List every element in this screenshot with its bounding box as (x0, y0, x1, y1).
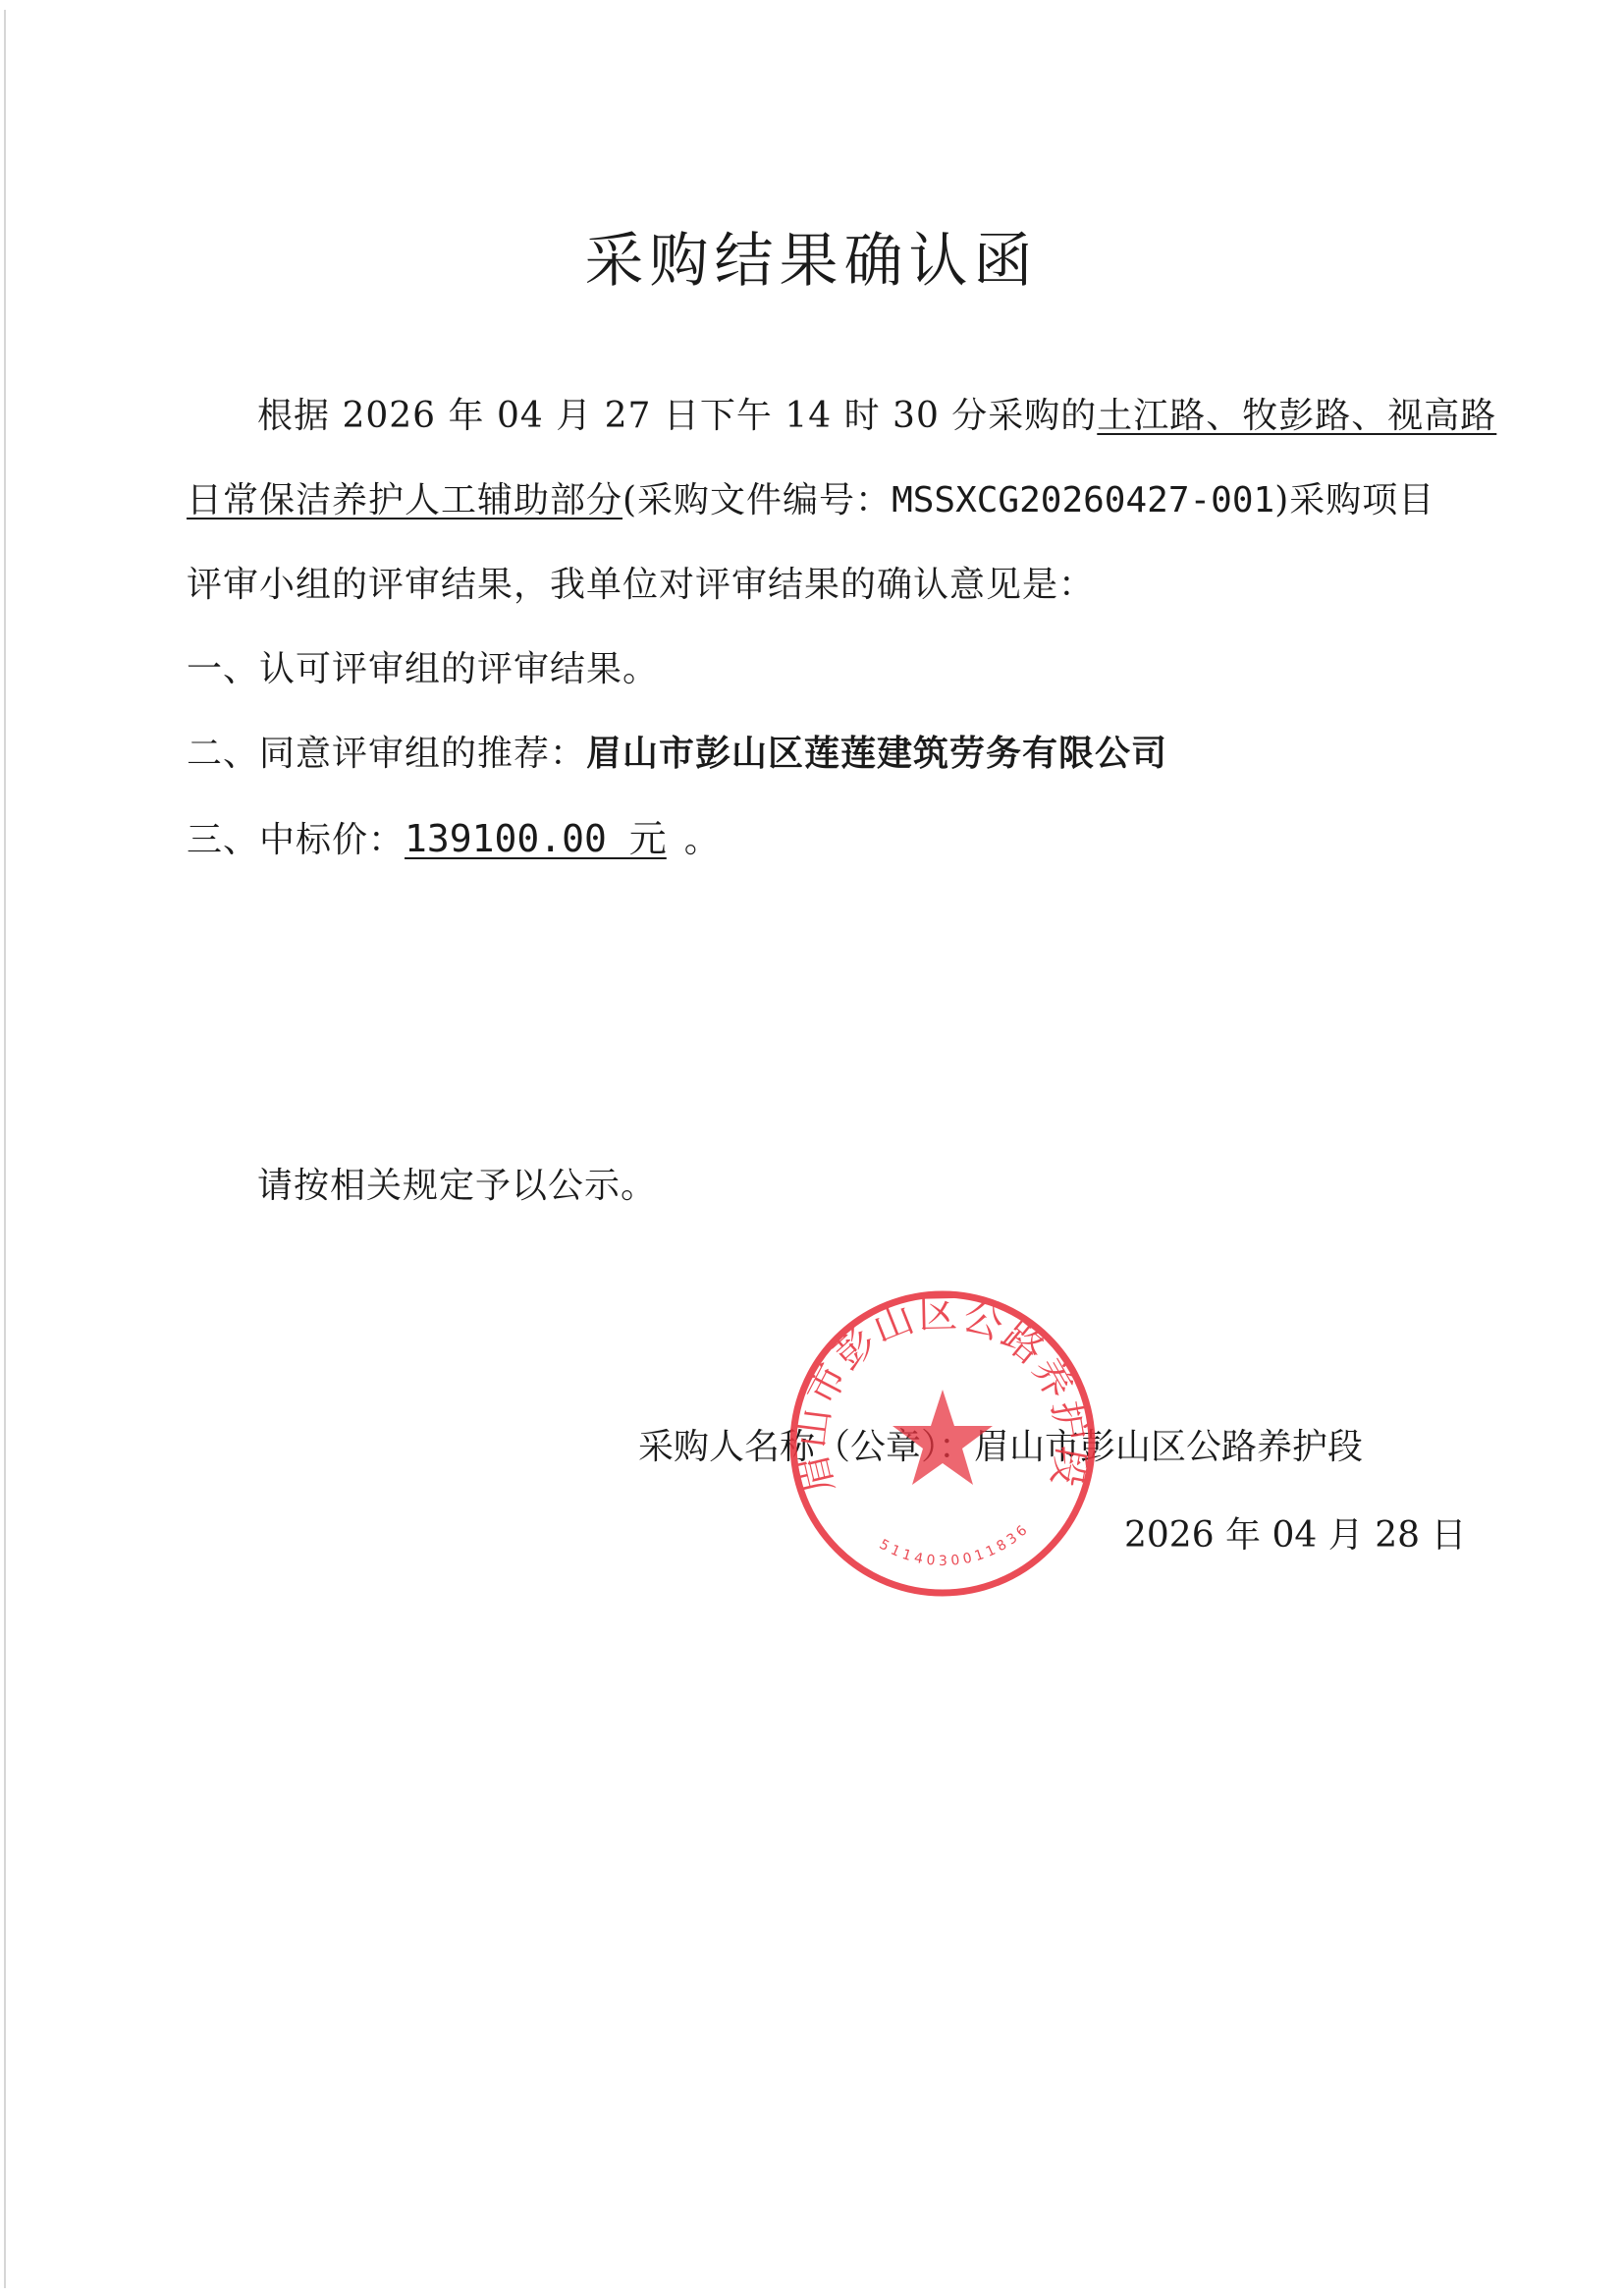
item-3: 三、中标价：139100.00 元。 (187, 817, 721, 862)
item-3-label: 三、中标价： (187, 820, 405, 860)
project-name-part1: 土江路、牧彭路、视高路 (1097, 396, 1496, 436)
document-title: 采购结果确认函 (0, 214, 1623, 299)
svg-text:5114030011836: 5114030011836 (877, 1520, 1034, 1569)
project-name-part2: 日常保洁养护人工辅助部分 (187, 480, 622, 520)
file-no-suffix: )采购项目 (1274, 480, 1434, 520)
file-number: MSSXCG20260427-001 (892, 480, 1274, 520)
official-seal-stamp: 眉山市彭山区公路养护段 5114030011836 (785, 1286, 1100, 1601)
file-no-label: (采购文件编号： (622, 480, 892, 520)
paragraph-line-3: 评审小组的评审结果，我单位对评审结果的确认意见是： (187, 564, 1095, 607)
item-1: 一、认可评审组的评审结果。 (187, 648, 659, 691)
recommended-supplier: 眉山市彭山区莲莲建筑劳务有限公司 (586, 734, 1167, 774)
closing-note: 请按相关规定予以公示。 (257, 1165, 657, 1208)
item-3-suffix: 。 (684, 820, 721, 860)
paragraph-line-2: 日常保洁养护人工辅助部分(采购文件编号：MSSXCG20260427-001)采… (187, 479, 1434, 522)
intro-text: 根据 2026 年 04 月 27 日下午 14 时 30 分采购的 (257, 396, 1097, 436)
item-2-label: 二、同意评审组的推荐： (187, 734, 586, 774)
star-icon (893, 1390, 993, 1485)
page-edge-line (4, 10, 6, 2288)
item-2: 二、同意评审组的推荐：眉山市彭山区莲莲建筑劳务有限公司 (187, 733, 1167, 776)
document-date: 2026 年 04 月 28 日 (1124, 1514, 1466, 1558)
winning-bid-price: 139100.00 元 (405, 817, 684, 860)
paragraph-line-1: 根据 2026 年 04 月 27 日下午 14 时 30 分采购的土江路、牧彭… (257, 395, 1496, 438)
stamp-serial: 5114030011836 (877, 1520, 1034, 1569)
